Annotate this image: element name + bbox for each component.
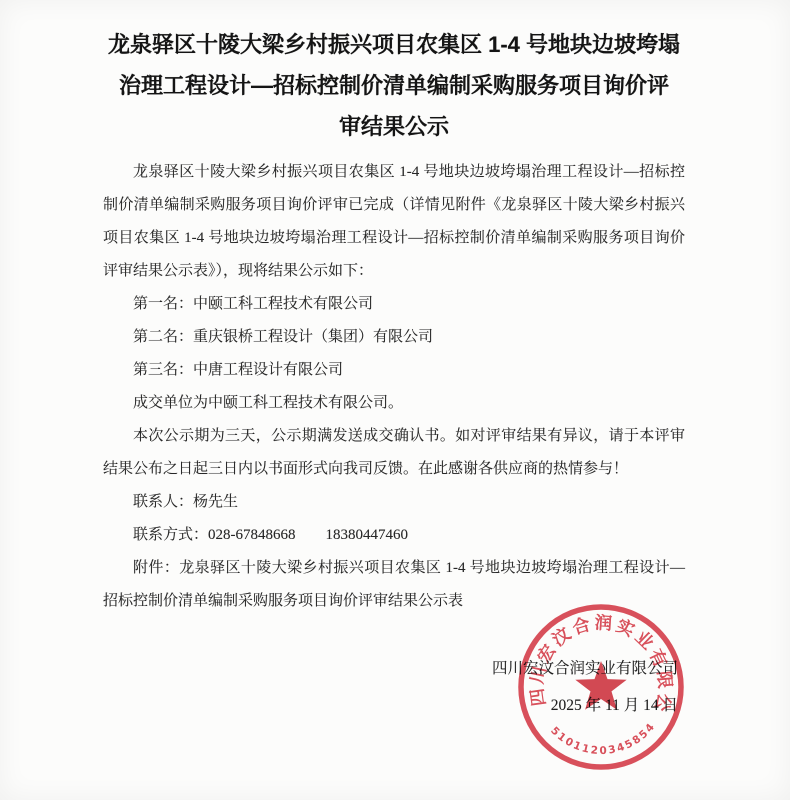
- paragraph-notice: 本次公示期为三天，公示期满发送成交确认书。如对评审结果有异议，请于本评审结果公布…: [103, 420, 685, 486]
- document-content: 龙泉驿区十陵大梁乡村振兴项目农集区 1-4 号地块边坡垮塌 治理工程设计—招标控…: [103, 24, 685, 618]
- title-line-2: 治理工程设计—招标控制价清单编制采购服务项目询价评: [103, 65, 685, 106]
- paragraph-attachment: 附件：龙泉驿区十陵大梁乡村振兴项目农集区 1-4 号地块边坡垮塌治理工程设计—招…: [103, 552, 685, 618]
- paragraph-rank-2: 第二名：重庆银桥工程设计（集团）有限公司: [103, 321, 685, 354]
- signature-block: 四川宏汶合润实业有限公司 2025 年 11 月 14 日: [492, 650, 678, 724]
- paragraph-rank-1: 第一名：中颐工科工程技术有限公司: [103, 288, 685, 321]
- paragraph-winner: 成交单位为中颐工科工程技术有限公司。: [103, 387, 685, 420]
- document-title: 龙泉驿区十陵大梁乡村振兴项目农集区 1-4 号地块边坡垮塌 治理工程设计—招标控…: [103, 24, 685, 147]
- paragraph-rank-3: 第三名：中唐工程设计有限公司: [103, 354, 685, 387]
- seal-serial-number: 5101120345854: [548, 720, 658, 757]
- paragraph-intro: 龙泉驿区十陵大梁乡村振兴项目农集区 1-4 号地块边坡垮塌治理工程设计—招标控制…: [103, 156, 685, 288]
- scanned-document-page: 龙泉驿区十陵大梁乡村振兴项目农集区 1-4 号地块边坡垮塌 治理工程设计—招标控…: [0, 0, 790, 800]
- title-line-1: 龙泉驿区十陵大梁乡村振兴项目农集区 1-4 号地块边坡垮塌: [103, 24, 685, 65]
- signature-date: 2025 年 11 月 14 日: [492, 687, 678, 724]
- document-body: 龙泉驿区十陵大梁乡村振兴项目农集区 1-4 号地块边坡垮塌治理工程设计—招标控制…: [103, 156, 685, 618]
- paragraph-contact-info: 联系方式：028-67848668 18380447460: [103, 519, 685, 552]
- paragraph-contact-person: 联系人：杨先生: [103, 486, 685, 519]
- svg-text:5101120345854: 5101120345854: [548, 720, 658, 757]
- signature-company-name: 四川宏汶合润实业有限公司: [492, 650, 678, 687]
- title-line-3: 审结果公示: [103, 106, 685, 147]
